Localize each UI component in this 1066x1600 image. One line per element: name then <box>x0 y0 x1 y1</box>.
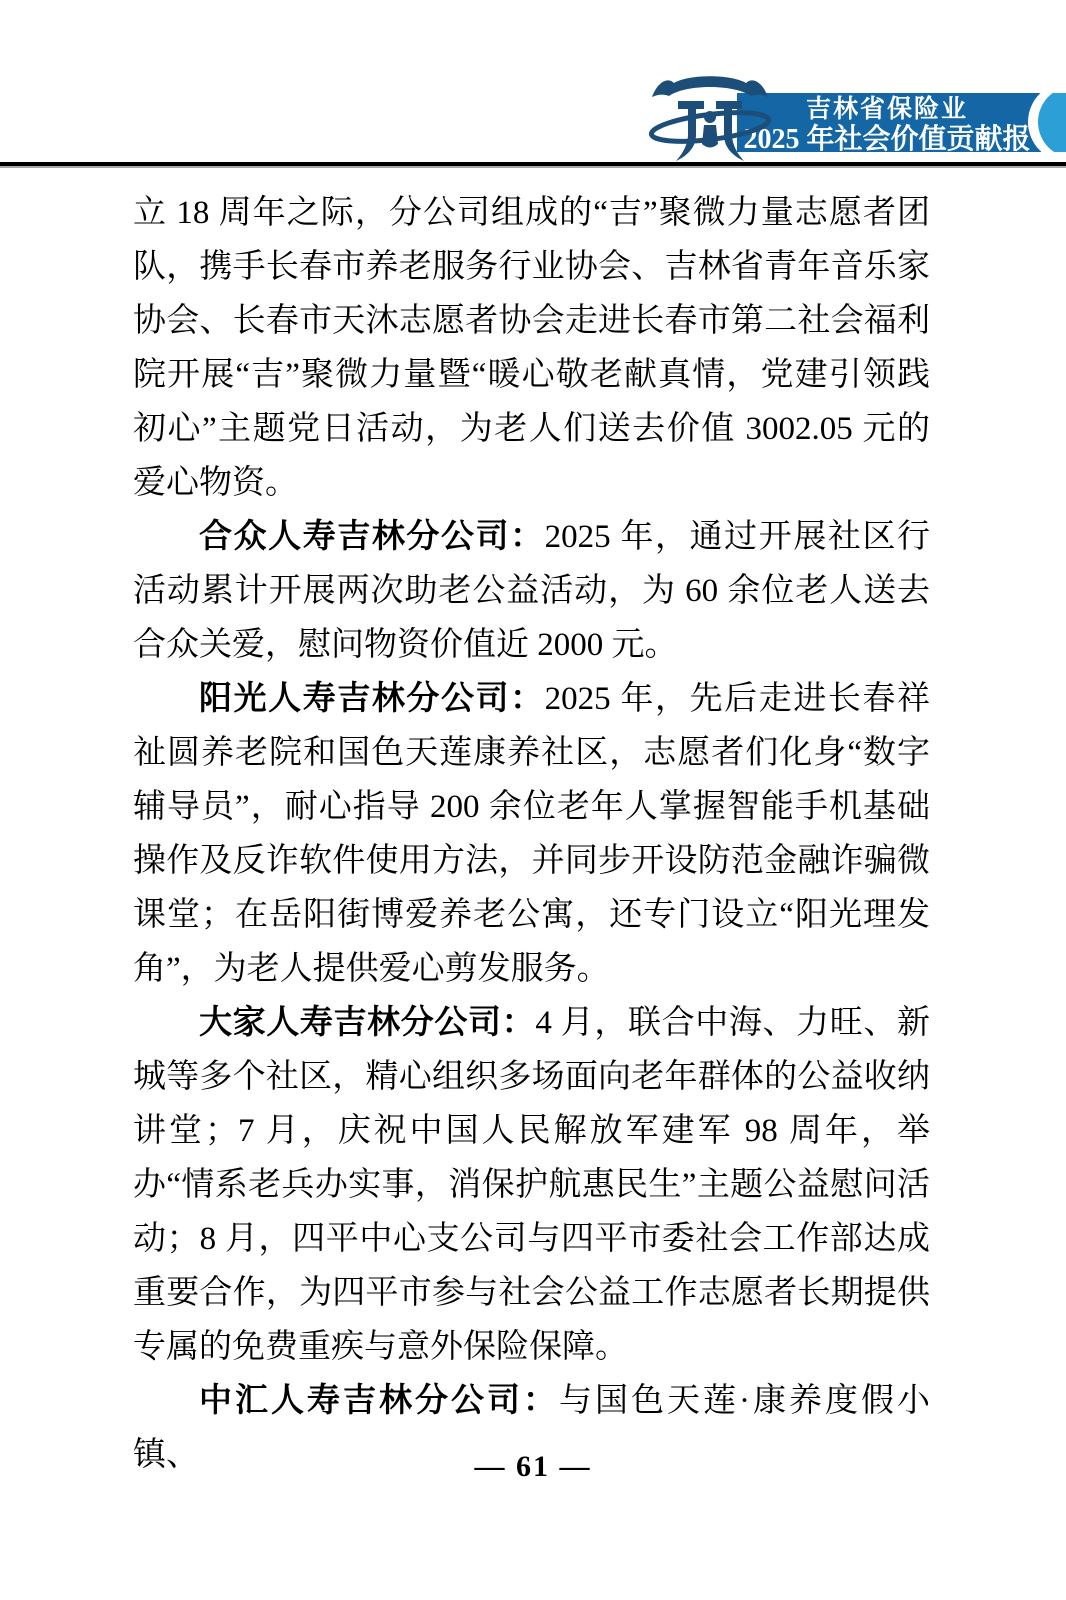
banner-title-line2: 2025 年社会价值贡献报告 <box>737 126 1037 152</box>
paragraph-text: 4 月，联合中海、力旺、新城等多个社区，精心组织多场面向老年群体的公益收纳讲堂；… <box>133 1005 930 1365</box>
paragraph-text: 2025 年，先后走进长春祥祉圆养老院和国色天莲康养社区，志愿者们化身“数字辅导… <box>133 681 930 987</box>
body-paragraph: 阳光人寿吉林分公司：2025 年，先后走进长春祥祉圆养老院和国色天莲康养社区，志… <box>133 672 930 996</box>
page-number: — 61 — <box>0 1450 1066 1484</box>
company-name-lead: 阳光人寿吉林分公司： <box>199 681 545 717</box>
company-name-lead: 合众人寿吉林分公司： <box>199 519 545 555</box>
banner-title: 吉林省保险业 2025 年社会价值贡献报告 <box>737 93 1037 152</box>
document-page: 吉林省保险业 2025 年社会价值贡献报告 立 18 周年之际，分公司组成的“吉… <box>0 0 1066 1600</box>
company-name-lead: 中汇人寿吉林分公司： <box>199 1383 559 1419</box>
body-paragraph: 合众人寿吉林分公司：2025 年，通过开展社区行活动累计开展两次助老公益活动，为… <box>133 510 930 672</box>
body-paragraph: 立 18 周年之际，分公司组成的“吉”聚微力量志愿者团队，携手长春市养老服务行业… <box>133 186 930 510</box>
banner-title-line1: 吉林省保险业 <box>737 97 1037 122</box>
header-banner: 吉林省保险业 2025 年社会价值贡献报告 <box>737 93 1066 152</box>
body-paragraph: 大家人寿吉林分公司：4 月，联合中海、力旺、新城等多个社区，精心组织多场面向老年… <box>133 996 930 1374</box>
document-body: 立 18 周年之际，分公司组成的“吉”聚微力量志愿者团队，携手长春市养老服务行业… <box>133 186 930 1482</box>
insurance-gate-logo-icon <box>645 74 775 169</box>
paragraph-text: 立 18 周年之际，分公司组成的“吉”聚微力量志愿者团队，携手长春市养老服务行业… <box>133 195 930 501</box>
header-divider <box>0 162 1066 166</box>
page-footer: — 61 — <box>0 1450 1066 1484</box>
company-name-lead: 大家人寿吉林分公司： <box>199 1005 535 1041</box>
